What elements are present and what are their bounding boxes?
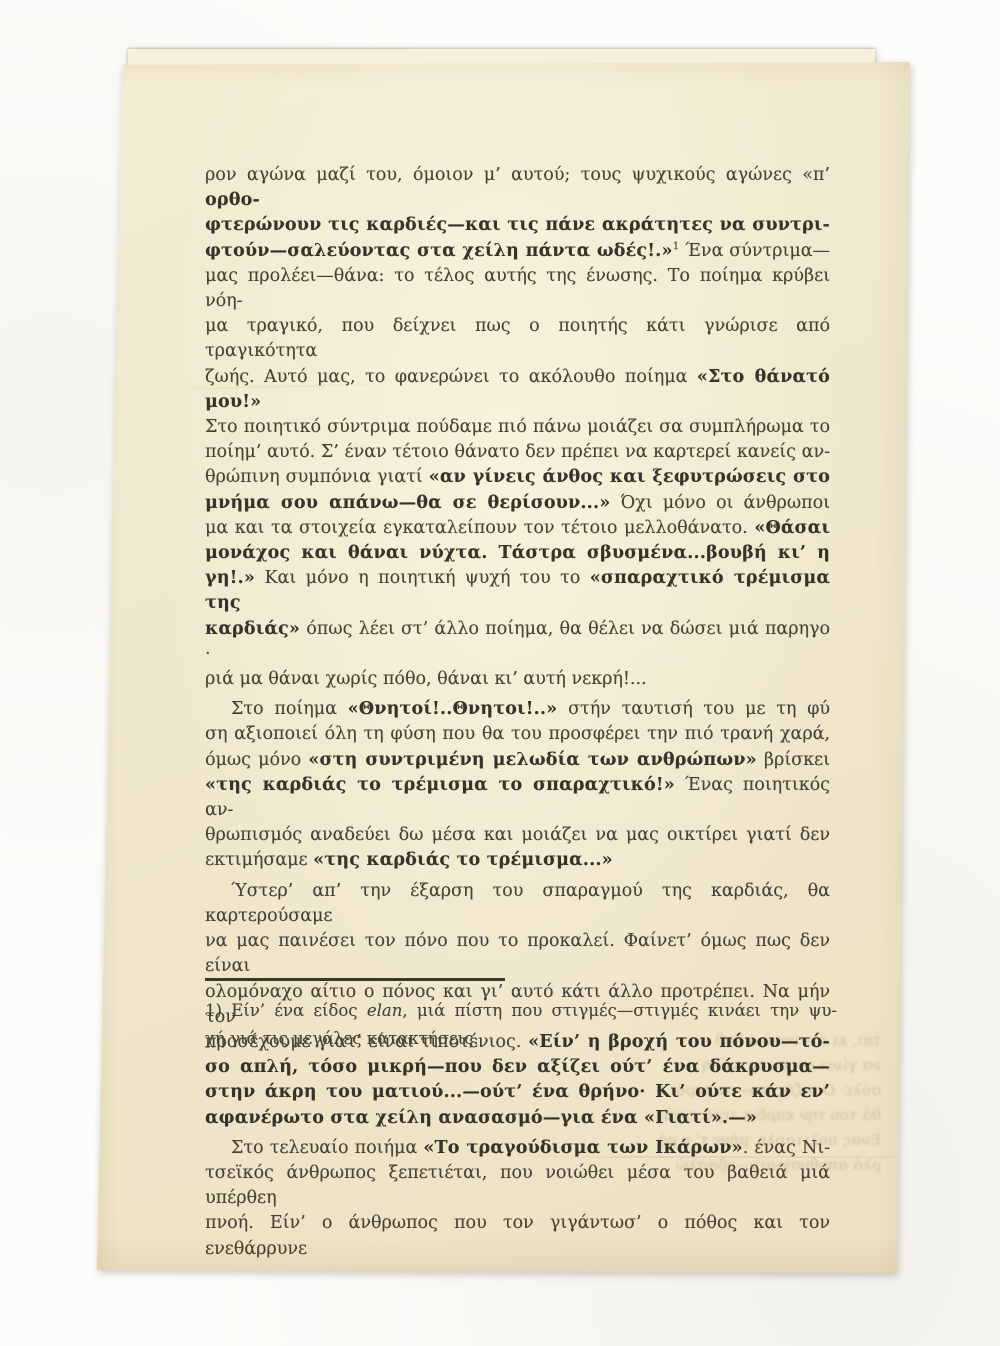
text-segment: θρώπινη συμπόνια γιατί [205, 467, 429, 487]
text-line: ζωής. Αυτό μας, το φανερώνει το ακόλουθο… [205, 365, 830, 415]
text-line: μα και τα στοιχεία εγκαταλείπουν τον τέτ… [205, 516, 830, 541]
text-line: «της καρδιάς το τρέμισμα το σπαραχτικό!»… [205, 773, 830, 823]
text-line: στην άκρη του ματιού...—ούτ’ ένα θρήνο· … [205, 1080, 830, 1105]
page-scan: ται, κι ότι νοιώ α βαθνα γίνει εν· σε τα… [93, 56, 913, 1278]
text-line: εκτιμήσαμε «της καρδιάς το τρέμισμα...» [205, 848, 830, 873]
text-segment: σο απλή, τόσο μικρή—που δεν αξίζει ούτ’ … [205, 1057, 830, 1077]
text-line: θρωπισμός αναδεύει δω μέσα και μοιάζει ν… [205, 823, 830, 848]
text-line: μα τραγικό, που δείχνει πως ο ποιητής κά… [205, 314, 830, 364]
text-line: Στο ποιητικό σύντριμα πούδαμε πιό πάνω μ… [205, 415, 830, 440]
text-segment: , μιά πίστη που στιγμές—στιγμές κινάει τ… [402, 1001, 837, 1020]
text-segment: αφανέρωτο στα χείλη ανασασμό—για ένα «Γι… [205, 1108, 757, 1128]
text-line: ρον αγώνα μαζί του, όμοιον μ’ αυτού; του… [205, 163, 830, 213]
text-segment: «της καρδιάς το τρέμισμα το σπαραχτικό!» [205, 775, 675, 795]
text-line: γη!.» Και μόνο η ποιητική ψυχή του το «σ… [205, 566, 830, 616]
text-segment: Ύστερ’ απ’ την έξαρση του σπαραγμού της … [205, 881, 830, 926]
paper-sheet: ται, κι ότι νοιώ α βαθνα γίνει εν· σε τα… [93, 56, 913, 1278]
text-segment: μας προλέει—θάνα: το τέλος αυτής της ένω… [205, 266, 830, 311]
text-segment: . ένας Νι- [743, 1138, 830, 1158]
text-segment: φτερώνουν τις καρδιές—και τις πάνε ακράτ… [205, 215, 830, 235]
text-segment: όμως μόνο [205, 750, 308, 770]
text-segment: εκτιμήσαμε [205, 850, 313, 870]
footnote-separator-rule [205, 978, 505, 981]
text-segment: «Το τραγούδισμα των Ικάρων» [423, 1138, 742, 1158]
text-line: χή γιά τις μεγάλες κατακτήσεις. [205, 1025, 837, 1053]
footnote-text: 1) Είν’ ένα είδος elan, μιά πίστη που στ… [205, 997, 837, 1052]
text-segment: θρωπισμός αναδεύει δω μέσα και μοιάζει ν… [205, 825, 830, 845]
text-line: θρώπινη συμπόνια γιατί «αν γίνεις άνθος … [205, 465, 830, 490]
text-line: ριά μα θάναι χωρίς πόθο, θάναι κι’ αυτή … [205, 667, 830, 692]
text-segment: ζωής. Αυτό μας, το φανερώνει το ακόλουθο… [205, 367, 697, 387]
text-segment: Στο ποιητικό σύντριμα πούδαμε πιό πάνω μ… [205, 417, 830, 437]
text-segment: βρίσκει [757, 750, 830, 770]
text-line: καρδιάς» όπως λέει στ’ άλλο ποίημα, θα θ… [205, 617, 830, 667]
text-segment: Όχι μόνο οι άνθρωποι [610, 493, 830, 513]
text-segment: «Θάσαι [754, 518, 830, 538]
text-segment: ποίημ’ αυτό. Σ’ έναν τέτοιο θάνατο δεν π… [205, 442, 830, 462]
text-segment: στην άκρη του ματιού...—ούτ’ ένα θρήνο· … [205, 1082, 830, 1102]
text-segment: μονάχος και θάναι νύχτα. Τάστρα σβυσμένα… [205, 543, 830, 563]
text-line: μονάχος και θάναι νύχτα. Τάστρα σβυσμένα… [205, 541, 830, 566]
text-segment: Και μόνο η ποιητική ψυχή του το [255, 568, 590, 588]
text-segment: χή γιά τις μεγάλες κατακτήσεις. [205, 1029, 479, 1048]
text-segment: Ένα σύντριμα— [679, 241, 830, 261]
text-segment: ορθο- [205, 190, 260, 210]
body-text: ρον αγώνα μαζί του, όμοιον μ’ αυτού; του… [205, 163, 830, 1262]
text-line: φτούν—σαλεύοντας στα χείλη πάντα ωδές!.»… [205, 239, 830, 264]
text-segment: φτούν—σαλεύοντας στα χείλη πάντα ωδές!.» [205, 241, 673, 261]
text-segment: «αν γίνεις άνθος και ξεφυτρώσεις στο [429, 467, 830, 487]
text-segment: μα τραγικό, που δείχνει πως ο ποιητής κά… [205, 316, 830, 361]
text-line: να μας παινέσει τον πόνο που το προκαλεί… [205, 929, 830, 979]
text-line: σο απλή, τόσο μικρή—που δεν αξίζει ούτ’ … [205, 1055, 830, 1080]
text-line: τσεϊκός άνθρωπος ξεπετιέται, που νοιώθει… [205, 1161, 830, 1211]
text-line: Ύστερ’ απ’ την έξαρση του σπαραγμού της … [205, 879, 830, 929]
text-segment: μνήμα σου απάνω—θα σε θερίσουν...» [205, 493, 610, 513]
text-segment: να μας παινέσει τον πόνο που το προκαλεί… [205, 931, 830, 976]
text-segment: elan [367, 1001, 403, 1020]
text-line: μας προλέει—θάνα: το τέλος αυτής της ένω… [205, 264, 830, 314]
text-line: όμως μόνο «στη συντριμένη μελωδία των αν… [205, 748, 830, 773]
text-line: ση αξιοποιεί όλη τη φύση που θα του προσ… [205, 722, 830, 747]
text-line: αφανέρωτο στα χείλη ανασασμό—για ένα «Γι… [205, 1106, 830, 1131]
text-segment: πνοή. Είν’ ο άνθρωπος που τον γιγάντωσ’ … [205, 1213, 830, 1258]
text-segment: Στο τελευαίο ποιήμα [231, 1138, 423, 1158]
text-segment: ριά μα θάναι χωρίς πόθο, θάναι κι’ αυτή … [205, 669, 647, 689]
text-line: 1) Είν’ ένα είδος elan, μιά πίστη που στ… [205, 997, 837, 1025]
text-segment: ση αξιοποιεί όλη τη φύση που θα του προσ… [205, 724, 830, 744]
text-line: ποίημ’ αυτό. Σ’ έναν τέτοιο θάνατο δεν π… [205, 440, 830, 465]
text-line: φτερώνουν τις καρδιές—και τις πάνε ακράτ… [205, 213, 830, 238]
text-line: Στο τελευαίο ποιήμα «Το τραγούδισμα των … [205, 1136, 830, 1161]
text-segment: τσεϊκός άνθρωπος ξεπετιέται, που νοιώθει… [205, 1163, 830, 1208]
text-segment: 1) Είν’ ένα είδος [205, 1001, 367, 1020]
text-segment: ρον αγώνα μαζί του, όμοιον μ’ αυτού; του… [205, 165, 830, 185]
text-segment: Στο ποίημα [231, 699, 348, 719]
text-line: πνοή. Είν’ ο άνθρωπος που τον γιγάντωσ’ … [205, 1211, 830, 1261]
text-segment: «της καρδιάς το τρέμισμα...» [313, 850, 613, 870]
text-line: Στο ποίημα «Θνητοί!..Θνητοι!..» στήν ταυ… [205, 697, 830, 722]
text-segment: καρδιάς» [205, 619, 300, 639]
text-line: μνήμα σου απάνω—θα σε θερίσουν...» Όχι μ… [205, 491, 830, 516]
text-segment: μα και τα στοιχεία εγκαταλείπουν τον τέτ… [205, 518, 754, 538]
text-segment: «Θνητοί!..Θνητοι!..» [348, 699, 558, 719]
text-segment: στήν ταυτισή του με τη φύ [557, 699, 830, 719]
text-segment: γη!.» [205, 568, 255, 588]
text-segment: «στη συντριμένη μελωδία των ανθρώπων» [308, 750, 756, 770]
